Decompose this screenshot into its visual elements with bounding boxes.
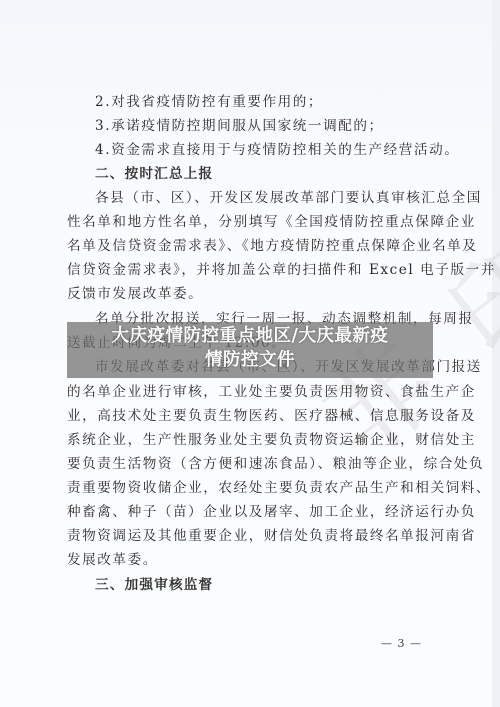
- paragraph-line: 责物资调运及其他重要企业，财信处负责将最终名单报河南省: [67, 527, 435, 545]
- paragraph-line: 名单及信贷资金需求表》、《地方疫情防控重点保障企业名单及: [67, 237, 435, 255]
- list-item: 4.资金需求直接用于与疫情防控相关的生产经营活动。: [95, 141, 459, 159]
- article-title-line-2: 情防控文件: [67, 348, 433, 372]
- list-item: 3.承诺疫情防控期间服从国家统一调配的；: [95, 117, 384, 135]
- paragraph-line: 要负责生活物资（含方便和速冻食品）、粮油等企业，综合处负: [67, 455, 435, 473]
- paragraph-line: 发展改革委。: [67, 551, 158, 569]
- paragraph-line: 种畜禽、种子（苗）企业以及屠宰、加工企业，经济运行办负: [67, 503, 435, 521]
- paragraph-line: 的名单企业进行审核，工业处主要负责医用物资、食盐生产企: [67, 383, 435, 401]
- section-heading: 三、加强审核监督: [95, 576, 213, 594]
- paragraph-line: 反馈市发展改革委。: [67, 285, 203, 303]
- article-title-line-1: 大庆疫情防控重点地区/大庆最新疫: [67, 324, 433, 348]
- paragraph-line: 信贷资金需求表》，并将加盖公章的扫描件和 Excel 电子版一并: [67, 261, 435, 279]
- page-edge: [492, 0, 500, 707]
- page-number: — 3 —: [381, 637, 422, 650]
- article-title: 大庆疫情防控重点地区/大庆最新疫 情防控文件: [67, 324, 433, 372]
- document-page: 非 印 2.对我省疫情防控有重要作用的； 3.承诺疫情防控期间服从国家统一调配的…: [0, 0, 500, 707]
- section-heading: 二、按时汇总上报: [95, 165, 213, 183]
- list-item: 2.对我省疫情防控有重要作用的；: [95, 93, 323, 111]
- paragraph-line: 各县（市、区）、开发区发展改革部门要认真审核汇总全国: [95, 189, 435, 207]
- paragraph-line: 性名单和地方性名单，分别填写《全国疫情防控重点保障企业: [67, 213, 435, 231]
- paragraph-line: 系统企业，生产性服务业处主要负责物资运输企业，财信处主: [67, 431, 435, 449]
- paragraph-line: 责重要物资收储企业，农经处主要负责农产品生产和相关饲料、: [67, 479, 435, 497]
- paragraph-line: 业，高技术处主要负责生物医药、医疗器械、信息服务设备及: [67, 407, 435, 425]
